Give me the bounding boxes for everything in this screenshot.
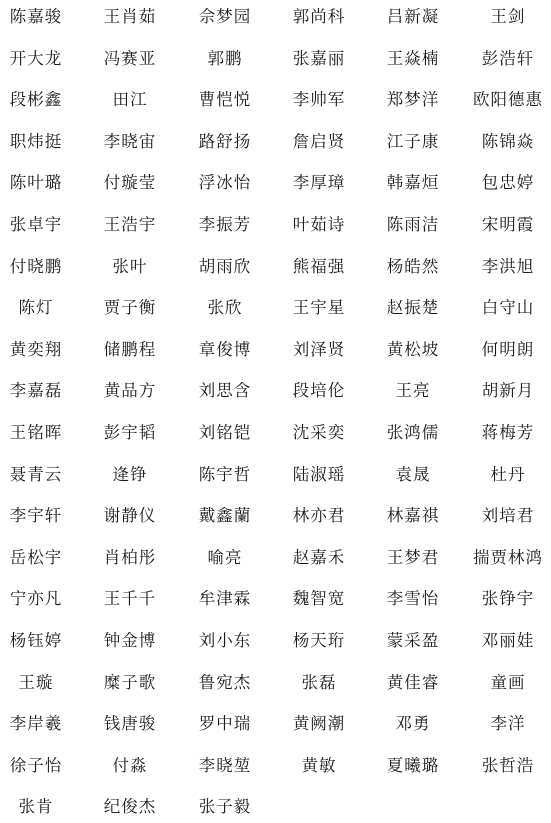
name-cell: 田江 — [83, 85, 177, 115]
name-cell: 刘小东 — [178, 626, 272, 656]
name-cell: 夏曦璐 — [366, 751, 460, 781]
name-cell: 李洪旭 — [461, 252, 551, 282]
name-row: 杨钰婷钟金博刘小东杨天珩蒙采盈邓丽娃 — [0, 626, 551, 656]
name-cell: 宁亦凡 — [0, 584, 83, 614]
name-cell: 岳松宇 — [0, 543, 83, 573]
name-cell: 徐子怡 — [0, 751, 83, 781]
name-cell: 何明朗 — [461, 335, 551, 365]
name-row: 王璇糜子歌鲁宛杰张磊黄佳睿童画 — [0, 668, 551, 698]
name-cell: 贾子衡 — [83, 293, 177, 323]
name-cell: 李帅军 — [272, 85, 366, 115]
name-cell: 肖柏彤 — [83, 543, 177, 573]
name-cell: 童画 — [461, 668, 551, 698]
name-cell: 开大龙 — [0, 44, 83, 74]
name-cell: 彭浩轩 — [461, 44, 551, 74]
name-cell: 曹恺悦 — [178, 85, 272, 115]
name-row: 职炜挺李晓宙路舒扬詹启贤江子康陈锦焱 — [0, 127, 551, 157]
name-row: 付晓鹏张叶胡雨欣熊福强杨皓然李洪旭 — [0, 252, 551, 282]
name-row: 陈灯贾子衡张欣王宇星赵振楚白守山 — [0, 293, 551, 323]
name-cell: 杨皓然 — [366, 252, 460, 282]
name-row: 李岸羲钱唐骏罗中瑞黄阙潮邓勇李洋 — [0, 709, 551, 739]
name-cell: 陈宇哲 — [178, 460, 272, 490]
name-cell: 揣贾林鸿 — [461, 543, 551, 573]
name-cell: 杨钰婷 — [0, 626, 83, 656]
name-cell: 詹启贤 — [272, 127, 366, 157]
name-cell: 逄铮 — [83, 460, 177, 490]
name-cell: 钱唐骏 — [83, 709, 177, 739]
name-cell: 黄奕翔 — [0, 335, 83, 365]
name-cell: 付晓鹏 — [0, 252, 83, 282]
name-cell: 叶茹诗 — [272, 210, 366, 240]
name-cell: 刘铭铠 — [178, 418, 272, 448]
name-cell: 牟津霖 — [178, 584, 272, 614]
name-cell: 鲁宛杰 — [178, 668, 272, 698]
name-cell: 王铭晖 — [0, 418, 83, 448]
name-cell: 储鹏程 — [83, 335, 177, 365]
name-row: 陈嘉骏王肖茹佘梦园郭尚科吕新凝王剑 — [0, 2, 551, 32]
name-cell: 袁晟 — [366, 460, 460, 490]
name-cell: 林嘉祺 — [366, 501, 460, 531]
name-cell: 赵嘉禾 — [272, 543, 366, 573]
name-cell: 李岸羲 — [0, 709, 83, 739]
name-cell: 陈灯 — [0, 293, 83, 323]
name-cell: 张肯 — [0, 792, 83, 822]
name-cell: 林亦君 — [272, 501, 366, 531]
name-cell: 胡新月 — [461, 376, 551, 406]
name-cell: 纪俊杰 — [83, 792, 177, 822]
name-cell: 黄松坡 — [366, 335, 460, 365]
name-cell: 路舒扬 — [178, 127, 272, 157]
name-cell: 付璇莹 — [83, 168, 177, 198]
name-cell: 李雪怡 — [366, 584, 460, 614]
name-cell: 王剑 — [461, 2, 551, 32]
name-cell: 江子康 — [366, 127, 460, 157]
name-cell: 张磊 — [272, 668, 366, 698]
name-cell: 李厚璋 — [272, 168, 366, 198]
name-cell: 陈锦焱 — [461, 127, 551, 157]
name-cell: 白守山 — [461, 293, 551, 323]
name-cell: 王亮 — [366, 376, 460, 406]
name-row: 岳松宇肖柏彤喻亮赵嘉禾王梦君揣贾林鸿 — [0, 543, 551, 573]
name-cell: 黄敏 — [272, 751, 366, 781]
name-cell: 糜子歌 — [83, 668, 177, 698]
name-cell: 沈采奕 — [272, 418, 366, 448]
name-cell: 欧阳德惠 — [461, 85, 551, 115]
name-cell: 包忠婷 — [461, 168, 551, 198]
name-cell: 胡雨欣 — [178, 252, 272, 282]
name-row: 张卓宇王浩宇李振芳叶茹诗陈雨洁宋明霞 — [0, 210, 551, 240]
name-cell: 聂青云 — [0, 460, 83, 490]
name-cell: 喻亮 — [178, 543, 272, 573]
name-cell: 吕新凝 — [366, 2, 460, 32]
name-row: 开大龙冯赛亚郭鹏张嘉丽王焱楠彭浩轩 — [0, 44, 551, 74]
name-row: 王铭晖彭宇韬刘铭铠沈采奕张鸿儒蒋梅芳 — [0, 418, 551, 448]
name-cell: 张铮宇 — [461, 584, 551, 614]
name-row: 段彬鑫田江曹恺悦李帅军郑梦洋欧阳德惠 — [0, 85, 551, 115]
name-cell: 付淼 — [83, 751, 177, 781]
name-cell: 刘思含 — [178, 376, 272, 406]
name-cell: 郭鹏 — [178, 44, 272, 74]
name-cell: 杨天珩 — [272, 626, 366, 656]
name-cell: 张哲浩 — [461, 751, 551, 781]
name-cell: 蒋梅芳 — [461, 418, 551, 448]
name-cell: 佘梦园 — [178, 2, 272, 32]
name-cell: 戴鑫蘭 — [178, 501, 272, 531]
name-row: 聂青云逄铮陈宇哲陆淑瑶袁晟杜丹 — [0, 460, 551, 490]
name-row: 李嘉磊黄品方刘思含段培伦王亮胡新月 — [0, 376, 551, 406]
name-cell: 蒙采盈 — [366, 626, 460, 656]
name-cell: 李振芳 — [178, 210, 272, 240]
name-cell: 钟金博 — [83, 626, 177, 656]
name-cell: 陆淑瑶 — [272, 460, 366, 490]
name-row: 宁亦凡王千千牟津霖魏智宽李雪怡张铮宇 — [0, 584, 551, 614]
name-cell: 黄阙潮 — [272, 709, 366, 739]
name-cell: 段彬鑫 — [0, 85, 83, 115]
name-cell: 韩嘉烜 — [366, 168, 460, 198]
name-cell: 罗中瑞 — [178, 709, 272, 739]
name-cell: 郭尚科 — [272, 2, 366, 32]
name-cell: 陈叶璐 — [0, 168, 83, 198]
name-cell: 章俊博 — [178, 335, 272, 365]
name-cell: 王浩宇 — [83, 210, 177, 240]
name-cell: 张卓宇 — [0, 210, 83, 240]
name-cell: 王梦君 — [366, 543, 460, 573]
name-grid: 陈嘉骏王肖茹佘梦园郭尚科吕新凝王剑开大龙冯赛亚郭鹏张嘉丽王焱楠彭浩轩段彬鑫田江曹… — [0, 0, 551, 823]
name-cell: 刘培君 — [461, 501, 551, 531]
name-cell: 熊福强 — [272, 252, 366, 282]
name-cell: 郑梦洋 — [366, 85, 460, 115]
name-cell: 冯赛亚 — [83, 44, 177, 74]
name-cell: 王千千 — [83, 584, 177, 614]
name-cell: 段培伦 — [272, 376, 366, 406]
name-cell: 张鸿儒 — [366, 418, 460, 448]
name-cell: 黄佳睿 — [366, 668, 460, 698]
name-cell: 王肖茹 — [83, 2, 177, 32]
name-cell: 职炜挺 — [0, 127, 83, 157]
name-row: 张肯纪俊杰张子毅 — [0, 792, 551, 822]
name-row: 李宇轩谢静仪戴鑫蘭林亦君林嘉祺刘培君 — [0, 501, 551, 531]
name-cell: 陈嘉骏 — [0, 2, 83, 32]
name-cell: 邓丽娃 — [461, 626, 551, 656]
name-cell: 魏智宽 — [272, 584, 366, 614]
name-cell: 宋明霞 — [461, 210, 551, 240]
name-cell: 陈雨洁 — [366, 210, 460, 240]
name-cell: 李晓堃 — [178, 751, 272, 781]
name-cell: 杜丹 — [461, 460, 551, 490]
name-cell: 李宇轩 — [0, 501, 83, 531]
name-cell: 浮冰怡 — [178, 168, 272, 198]
name-cell: 张欣 — [178, 293, 272, 323]
name-row: 黄奕翔储鹏程章俊博刘泽贤黄松坡何明朗 — [0, 335, 551, 365]
name-cell: 谢静仪 — [83, 501, 177, 531]
name-cell: 王璇 — [0, 668, 83, 698]
name-cell: 刘泽贤 — [272, 335, 366, 365]
name-row: 陈叶璐付璇莹浮冰怡李厚璋韩嘉烜包忠婷 — [0, 168, 551, 198]
name-row: 徐子怡付淼李晓堃黄敏夏曦璐张哲浩 — [0, 751, 551, 781]
name-cell: 邓勇 — [366, 709, 460, 739]
name-cell: 李晓宙 — [83, 127, 177, 157]
name-cell: 李嘉磊 — [0, 376, 83, 406]
name-cell: 王焱楠 — [366, 44, 460, 74]
name-cell: 张嘉丽 — [272, 44, 366, 74]
name-cell: 彭宇韬 — [83, 418, 177, 448]
name-cell: 张子毅 — [178, 792, 272, 822]
name-cell: 李洋 — [461, 709, 551, 739]
name-cell: 赵振楚 — [366, 293, 460, 323]
name-cell: 张叶 — [83, 252, 177, 282]
name-cell: 王宇星 — [272, 293, 366, 323]
name-cell: 黄品方 — [83, 376, 177, 406]
